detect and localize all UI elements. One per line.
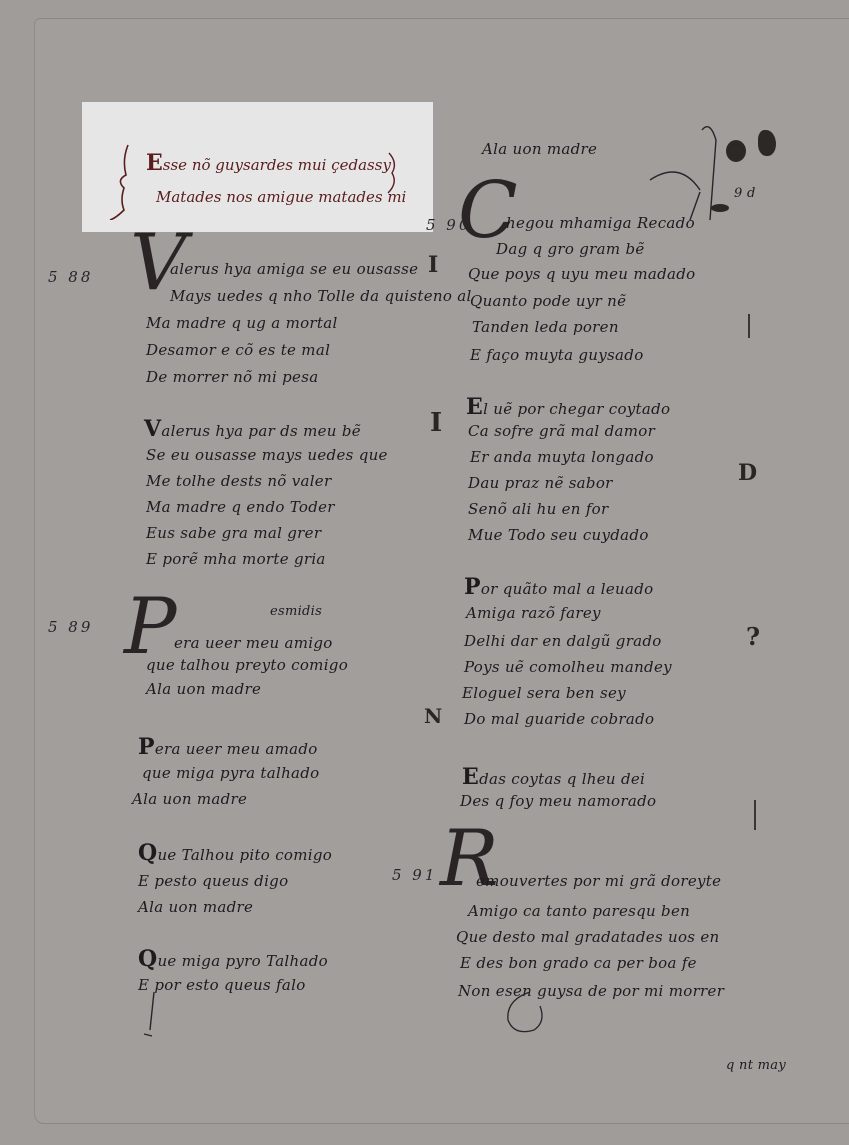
verse-line: Amigo ca tanto paresqu ben <box>468 902 690 920</box>
verse-text: era ueer meu amado <box>155 740 318 758</box>
stanza-initial: Q <box>138 946 157 972</box>
margin-note-top-right: 9 d <box>734 186 756 201</box>
verse-text: or quãto mal a leuado <box>481 580 654 598</box>
bracket-left-icon <box>108 140 138 220</box>
verse-line: Eloguel sera ben sey <box>462 684 626 702</box>
verse-line: De morrer nõ mi pesa <box>146 368 318 386</box>
verse-line: Senõ ali hu en for <box>468 500 608 518</box>
ink-blot <box>711 204 729 212</box>
decorated-initial-c: C <box>458 172 518 250</box>
poem-number-588: 5 88 <box>48 268 93 286</box>
margin-tick <box>754 800 756 830</box>
verse-line: Eus sabe gra mal grer <box>146 524 321 542</box>
verse-line: Des q foy meu namorado <box>460 792 656 810</box>
verse-line: E des bon grado ca per boa fe <box>460 954 697 972</box>
rubric-line-1: Esse nõ guysardes mui çedassy <box>146 150 391 176</box>
descender-loop-icon <box>500 990 560 1040</box>
verse-line: Que Talhou pito comigo <box>138 840 332 866</box>
stanza-initial: E <box>466 394 483 420</box>
descender-flourish-icon <box>140 990 160 1040</box>
bleed-mark: D <box>738 460 757 486</box>
verse-line: E por esto queus falo <box>138 976 306 994</box>
verse-line: Poys uẽ comolheu mandey <box>464 658 672 676</box>
rubric-line-2: Matades nos amigue matades mi <box>156 188 406 206</box>
verse-line: Do mal guaride cobrado <box>464 710 654 728</box>
verse-line: Dau praz nẽ sabor <box>468 474 613 492</box>
margin-tick <box>748 314 750 338</box>
verse-line: alerus hya amiga se eu ousasse <box>170 260 418 278</box>
bleed-mark: N <box>424 704 442 728</box>
verse-line: Ala uon madre <box>138 898 253 916</box>
verse-line: Ala uon madre <box>132 790 247 808</box>
verse-line: que talhou preyto comigo <box>146 656 348 674</box>
verse-line: E porẽ mha morte gria <box>146 550 326 568</box>
verse-line: Que poys q uyu meu madado <box>468 265 695 283</box>
verse-text: ue miga pyro Talhado <box>157 952 328 970</box>
verse-line: que miga pyra talhado <box>142 764 320 782</box>
verse-line: Ca sofre grã mal damor <box>468 422 655 440</box>
rubric-text-2: Matades nos amigue matades mi <box>156 188 406 206</box>
bleed-mark: I <box>430 408 442 438</box>
verse-line: Edas coytas q lheu dei <box>462 764 645 790</box>
stanza-initial: V <box>144 416 161 442</box>
margin-note-bottom-right: q nt may <box>726 1058 786 1073</box>
verse-line: Desamor e cõ es te mal <box>146 341 330 359</box>
verse-line: Delhi dar en dalgũ grado <box>464 632 662 650</box>
verse-line: Se eu ousasse mays uedes que <box>146 446 388 464</box>
stanza-initial: P <box>464 574 481 600</box>
verse-line: Pera ueer meu amado <box>138 734 318 760</box>
verse-line: Que miga pyro Talhado <box>138 946 328 972</box>
verse-text: das coytas q lheu dei <box>479 770 645 788</box>
verse-text: alerus hya par ds meu bẽ <box>161 422 361 440</box>
verse-text: ue Talhou pito comigo <box>157 846 332 864</box>
verse-line: Ma madre q ug a mortal <box>146 314 338 332</box>
cadel-flourish-icon <box>640 120 720 230</box>
verse-line: Mue Todo seu cuydado <box>468 526 649 544</box>
verse-line: Ala uon madre <box>146 680 261 698</box>
verse-line: E pesto queus digo <box>138 872 288 890</box>
stanza-initial: E <box>462 764 479 790</box>
stanza-initial: Q <box>138 840 157 866</box>
bleed-mark: I <box>428 252 438 278</box>
verse-line: Mays uedes q nho Tolle da quisteno al <box>170 287 472 305</box>
rubric-initial: E <box>146 150 163 176</box>
verse-line: Que desto mal gradatades uos en <box>456 928 720 946</box>
verse-line: Non esen guysa de por mi morrer <box>458 982 724 1000</box>
rubric-text-1: sse nõ guysardes mui çedassy <box>163 156 391 174</box>
verse-line: E faço muyta guysado <box>470 346 644 364</box>
verse-line: emouvertes por mi grã doreyte <box>476 872 721 890</box>
verse-line: Por quãto mal a leuado <box>464 574 654 600</box>
poem-heading: esmidis <box>270 604 322 619</box>
verse-line: Me tolhe dests nõ valer <box>146 472 331 490</box>
stanza-initial: P <box>138 734 155 760</box>
poem-number-589: 5 89 <box>48 618 93 636</box>
verse-line: era ueer meu amigo <box>174 634 333 652</box>
verse-line: Ala uon madre <box>482 140 597 158</box>
verse-line: Dag q gro gram bẽ <box>496 240 645 258</box>
decorated-initial-p: P <box>124 588 176 666</box>
verse-line: Amiga razõ farey <box>466 604 601 622</box>
bleed-mark: ? <box>746 622 760 651</box>
verse-line: Er anda muyta longado <box>470 448 654 466</box>
verse-line: Tanden leda poren <box>472 318 619 336</box>
verse-line: El uẽ por chegar coytado <box>466 394 670 420</box>
ink-blot <box>758 130 776 156</box>
ink-blot <box>726 140 746 162</box>
verse-text: l uẽ por chegar coytado <box>483 400 670 418</box>
poem-number-591: 5 91 <box>392 866 437 884</box>
verse-line: Ma madre q endo Toder <box>146 498 335 516</box>
verse-line: Quanto pode uyr nẽ <box>470 292 626 310</box>
verse-line: Valerus hya par ds meu bẽ <box>144 416 361 442</box>
